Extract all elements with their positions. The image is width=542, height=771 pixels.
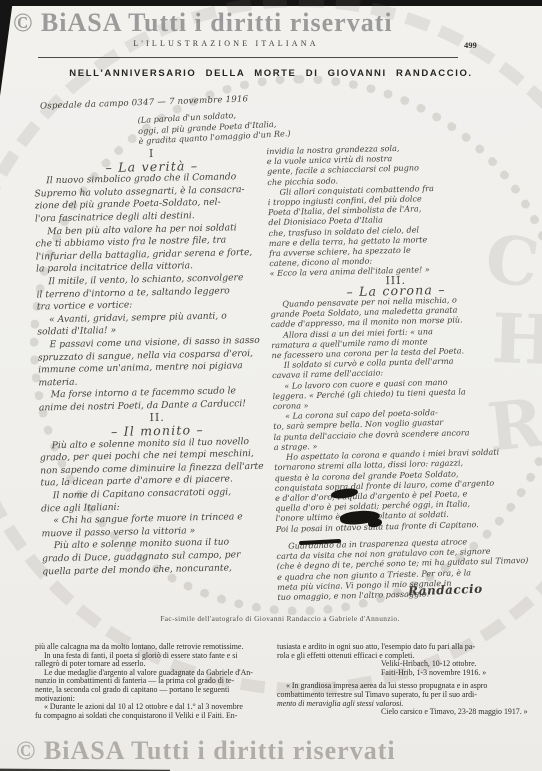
copyright-watermark-bottom: © BiASA Tutti i diritti riservati — [16, 736, 396, 766]
scan-edge-bottom — [0, 767, 170, 771]
scan-edge-top — [0, 0, 542, 6]
printed-column-left: più alle calcagna ma da molto lontano, d… — [35, 643, 272, 720]
text-line: Faiti-Hrib, 1-3 novembre 1916. » — [277, 669, 514, 678]
handwriting-left-column: I– La verità –Il nuovo simbolico grado c… — [34, 146, 279, 579]
copyright-watermark-top: © BiASA Tutti i diritti riservati — [13, 8, 393, 38]
masthead: L'ILLUSTRAZIONE ITALIANA — [0, 39, 452, 48]
text-line: fu compagno ai soldati che conquistarono… — [35, 712, 272, 721]
text-line: Cielo carsico e Timavo, 23-28 maggio 191… — [277, 708, 514, 717]
page-number: 499 — [464, 40, 477, 50]
printed-column-right: tusiasta e ardito in ogni suo atto, l'es… — [277, 643, 514, 717]
scan-edge-corner — [0, 0, 13, 96]
header-rule — [38, 57, 458, 58]
letter-signature: Randaccio — [408, 582, 483, 599]
letter-epigraph: (La parola d'un soldato,oggi, al più gra… — [137, 107, 291, 146]
scanned-magazine-page: C H R © BiASA Tutti i diritti riservati … — [0, 0, 542, 771]
letter-dateline: Ospedale da campo 0347 — 7 novembre 1916 — [40, 94, 249, 111]
article-title: NELL'ANNIVERSARIO DELLA MORTE DI GIOVANN… — [0, 68, 542, 79]
facsimile-caption: Fac-simile dell'autografo di Giovanni Ra… — [80, 614, 480, 623]
handwriting-right-column: invidia la nostra grandezza sola,e la vu… — [266, 140, 529, 602]
